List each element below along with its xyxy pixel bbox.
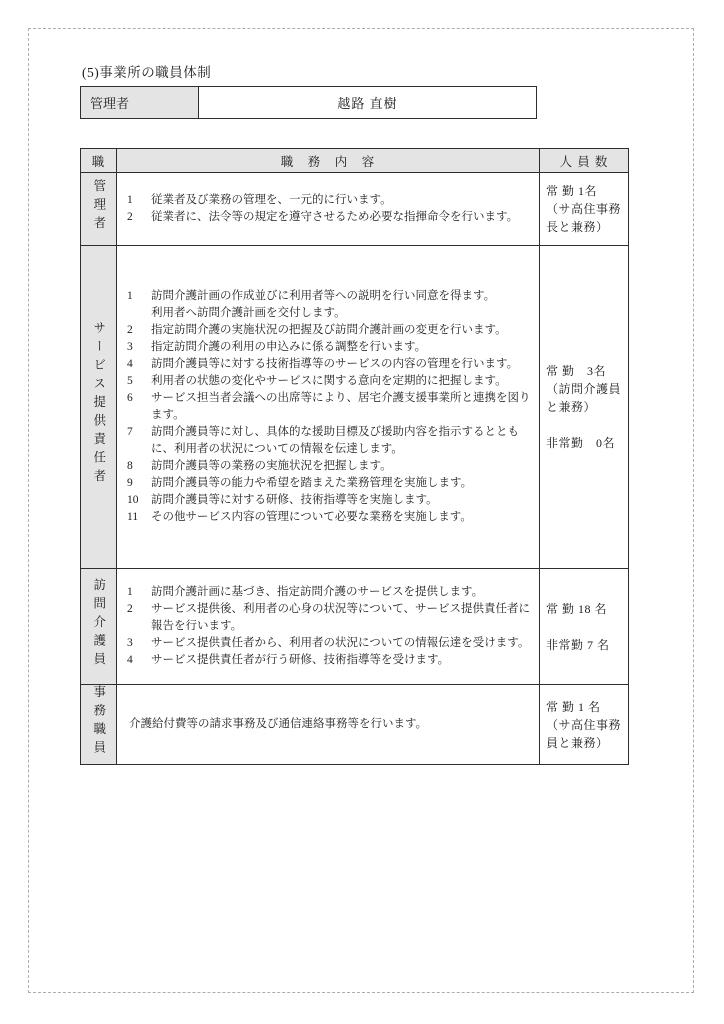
duties-cell: 1訪問介護計画の作成並びに利用者等への説明を行い同意を得ます。 利用者へ訪問介護…: [117, 246, 540, 569]
table-row: 訪問介護員1訪問介護計画に基づき、指定訪問介護のサービスを提供します。2サービス…: [81, 569, 629, 685]
duty-text: サービス提供責任者が行う研修、技術指導等を受けます。: [151, 652, 531, 669]
duty-text: 指定訪問介護の実施状況の把握及び訪問介護計画の変更を行います。: [151, 322, 531, 339]
duty-item: 4サービス提供責任者が行う研修、技術指導等を受けます。: [117, 652, 531, 669]
duty-item: 2サービス提供後、利用者の心身の状況等について、サービス提供責任者に報告を行いま…: [117, 601, 531, 635]
duty-item: 7訪問介護員等に対し、具体的な援助目標及び援助内容を指示するとともに、利用者の状…: [117, 424, 531, 458]
duty-number: 4: [117, 356, 151, 373]
duty-item: 4訪問介護員等に対する技術指導等のサービスの内容の管理を行います。: [117, 356, 531, 373]
duty-number: 2: [117, 209, 151, 226]
duty-number: 1: [117, 584, 151, 601]
duty-paragraph: 介護給付費等の請求事務及び通信連絡事務等を行います。: [117, 716, 531, 733]
headcount-line: [546, 416, 625, 434]
duty-number: 2: [117, 601, 151, 635]
duty-text: 従業者及び業務の管理を、一元的に行います。: [151, 192, 531, 209]
duty-text: 訪問介護計画の作成並びに利用者等への説明を行い同意を得ます。 利用者へ訪問介護計…: [151, 288, 531, 322]
section-title: (5)事業所の職員体制: [82, 61, 211, 81]
header-duties: 職 務 内 容: [117, 149, 540, 173]
headcount-line: 非常勤 7 名: [546, 636, 625, 654]
duty-number: 1: [117, 288, 151, 322]
manager-name-cell: 越路 直樹: [199, 87, 537, 119]
header-headcount: 人 員 数: [540, 149, 629, 173]
duty-text: サービス提供後、利用者の心身の状況等について、サービス提供責任者に報告を行います…: [151, 601, 531, 635]
duties-cell: 1従業者及び業務の管理を、一元的に行います。2従業者に、法令等の規定を遵守させる…: [117, 173, 540, 246]
duty-text: 利用者の状態の変化やサービスに関する意向を定期的に把握します。: [151, 373, 531, 390]
role-label: 管理者: [92, 179, 105, 235]
duty-item: 9訪問介護員等の能力や希望を踏まえた業務管理を実施します。: [117, 475, 531, 492]
role-cell: 管理者: [81, 173, 117, 246]
manager-table: 管理者 越路 直樹: [80, 86, 537, 119]
headcount-line: [546, 618, 625, 636]
staff-table-header-row: 職 職 務 内 容 人 員 数: [81, 149, 629, 173]
duty-item: 6サービス担当者会議への出席等により、居宅介護支援事業所と連携を図ります。: [117, 390, 531, 424]
staff-table-body: 管理者1従業者及び業務の管理を、一元的に行います。2従業者に、法令等の規定を遵守…: [81, 173, 629, 765]
headcount-line: （訪問介護員と兼務）: [546, 380, 625, 416]
duty-text: 訪問介護員等に対し、具体的な援助目標及び援助内容を指示するとともに、利用者の状況…: [151, 424, 531, 458]
table-row: 事務職員介護給付費等の請求事務及び通信連絡事務等を行います。常 勤 1 名（サ高…: [81, 685, 629, 765]
table-row: サービス提供責任者1訪問介護計画の作成並びに利用者等への説明を行い同意を得ます。…: [81, 246, 629, 569]
duty-number: 4: [117, 652, 151, 669]
headcount-line: 常 勤 3名: [546, 362, 625, 380]
duty-text: その他サービス内容の管理について必要な業務を実施します。: [151, 509, 531, 526]
headcount-line: 常 勤 18 名: [546, 600, 625, 618]
document-page: (5)事業所の職員体制 管理者 越路 直樹 職 職 務 内 容 人 員 数 管理…: [0, 0, 724, 1024]
duty-item: 1訪問介護計画の作成並びに利用者等への説明を行い同意を得ます。 利用者へ訪問介護…: [117, 288, 531, 322]
header-role: 職: [81, 149, 117, 173]
manager-label-cell: 管理者: [81, 87, 199, 119]
duty-number: 6: [117, 390, 151, 424]
headcount-line: （サ高住事務長と兼務）: [546, 200, 625, 236]
headcount-line: 非常勤 0名: [546, 434, 625, 452]
headcount-line: （サ高住事務員と兼務）: [546, 716, 625, 752]
headcount-cell: 常 勤 18 名 非常勤 7 名: [540, 569, 629, 685]
duty-number: 9: [117, 475, 151, 492]
duty-text: 訪問介護計画に基づき、指定訪問介護のサービスを提供します。: [151, 584, 531, 601]
role-cell: サービス提供責任者: [81, 246, 117, 569]
duty-number: 11: [117, 509, 151, 526]
duties-cell: 介護給付費等の請求事務及び通信連絡事務等を行います。: [117, 685, 540, 765]
duty-item: 2指定訪問介護の実施状況の把握及び訪問介護計画の変更を行います。: [117, 322, 531, 339]
staff-table: 職 職 務 内 容 人 員 数 管理者1従業者及び業務の管理を、一元的に行います…: [80, 148, 629, 765]
duties-cell: 1訪問介護計画に基づき、指定訪問介護のサービスを提供します。2サービス提供後、利…: [117, 569, 540, 685]
headcount-line: 常 勤 1 名: [546, 698, 625, 716]
duty-number: 3: [117, 339, 151, 356]
headcount-cell: 常 勤 1 名（サ高住事務員と兼務）: [540, 685, 629, 765]
duty-item: 8訪問介護員等の業務の実施状況を把握します。: [117, 458, 531, 475]
headcount-line: 常 勤 1名: [546, 182, 625, 200]
duty-item: 5利用者の状態の変化やサービスに関する意向を定期的に把握します。: [117, 373, 531, 390]
duty-item: 1訪問介護計画に基づき、指定訪問介護のサービスを提供します。: [117, 584, 531, 601]
duty-text: 訪問介護員等に対する研修、技術指導等を実施します。: [151, 492, 531, 509]
role-label: 事務職員: [92, 685, 105, 759]
duty-text: サービス提供責任者から、利用者の状況についての情報伝達を受けます。: [151, 635, 531, 652]
duty-text: サービス担当者会議への出席等により、居宅介護支援事業所と連携を図ります。: [151, 390, 531, 424]
duty-item: 11その他サービス内容の管理について必要な業務を実施します。: [117, 509, 531, 526]
duty-number: 8: [117, 458, 151, 475]
duty-text: 従業者に、法令等の規定を遵守させるため必要な指揮命令を行います。: [151, 209, 531, 226]
duty-number: 10: [117, 492, 151, 509]
duty-number: 5: [117, 373, 151, 390]
duty-item: 10訪問介護員等に対する研修、技術指導等を実施します。: [117, 492, 531, 509]
role-cell: 事務職員: [81, 685, 117, 765]
headcount-cell: 常 勤 1名（サ高住事務長と兼務）: [540, 173, 629, 246]
duty-text: 訪問介護員等の能力や希望を踏まえた業務管理を実施します。: [151, 475, 531, 492]
duty-number: 1: [117, 192, 151, 209]
role-cell: 訪問介護員: [81, 569, 117, 685]
duty-number: 3: [117, 635, 151, 652]
duty-item: 1従業者及び業務の管理を、一元的に行います。: [117, 192, 531, 209]
duty-number: 7: [117, 424, 151, 458]
manager-row: 管理者 越路 直樹: [81, 87, 537, 119]
duty-item: 2従業者に、法令等の規定を遵守させるため必要な指揮命令を行います。: [117, 209, 531, 226]
duty-text: 訪問介護員等に対する技術指導等のサービスの内容の管理を行います。: [151, 356, 531, 373]
duty-text: 訪問介護員等の業務の実施状況を把握します。: [151, 458, 531, 475]
duty-item: 3サービス提供責任者から、利用者の状況についての情報伝達を受けます。: [117, 635, 531, 652]
role-label: サービス提供責任者: [92, 321, 105, 488]
role-label: 訪問介護員: [92, 578, 105, 671]
headcount-cell: 常 勤 3名（訪問介護員と兼務） 非常勤 0名: [540, 246, 629, 569]
duty-text: 指定訪問介護の利用の申込みに係る調整を行います。: [151, 339, 531, 356]
duty-number: 2: [117, 322, 151, 339]
table-row: 管理者1従業者及び業務の管理を、一元的に行います。2従業者に、法令等の規定を遵守…: [81, 173, 629, 246]
duty-item: 3指定訪問介護の利用の申込みに係る調整を行います。: [117, 339, 531, 356]
